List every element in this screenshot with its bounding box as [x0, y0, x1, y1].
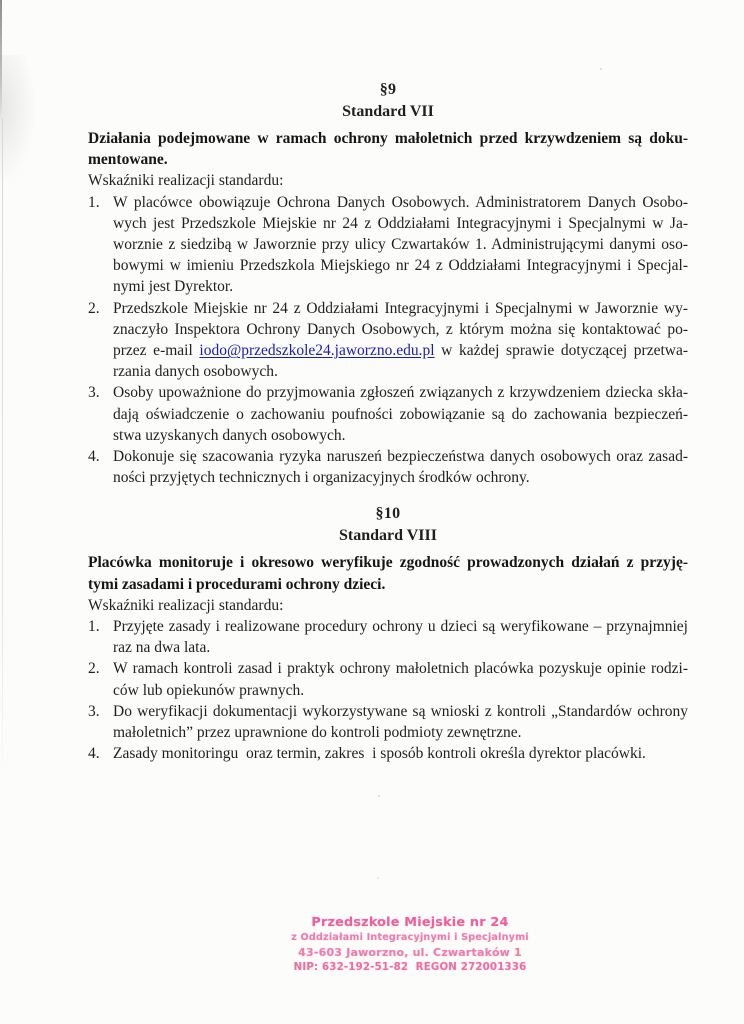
text-line: Dokonuje się szacowania ryzyka naruszeń … [113, 446, 688, 467]
text-line: rzania danych osobowych. [113, 361, 688, 382]
text-line: znaczyło Inspektora Ochrony Danych Osobo… [113, 319, 688, 340]
email-suffix-text: w każdej sprawie dotyczącej przetwa- [435, 342, 689, 359]
text-line: wych jest Przedszkole Miejskie nr 24 z O… [113, 213, 688, 234]
item-text: Do weryfikacji dokumentacji wykorzystywa… [113, 701, 688, 743]
text-line: Przyjęte zasady i realizowane procedury … [113, 616, 688, 637]
text-line: W placówce obowiązuje Ochrona Danych Oso… [113, 192, 688, 213]
item-text: Przyjęte zasady i realizowane procedury … [113, 616, 688, 658]
text-line: Placówka monitoruje i okresowo weryfikuj… [88, 552, 688, 573]
section-paragraph-mark: §9 [88, 79, 688, 100]
text-line: bowymi w imieniu Przedszkola Miejskiego … [113, 255, 688, 276]
text-line: Osoby upoważnione do przyjmowania zgłosz… [113, 382, 688, 403]
item-number: 1. [88, 616, 113, 658]
text-line: W ramach kontroli zasad i praktyk ochron… [113, 658, 688, 679]
stamp-nip-regon: NIP: 632-192-51-82 REGON 272001336 [268, 960, 552, 975]
list-item: 3. Do weryfikacji dokumentacji wykorzyst… [88, 701, 688, 743]
scan-speck [378, 795, 380, 797]
section-title: Standard VIII [88, 525, 688, 546]
section-title: Standard VII [88, 101, 688, 122]
item-number: 3. [88, 382, 113, 446]
item-number: 1. [88, 192, 113, 298]
text-line: Przedszkole Miejskie nr 24 z Oddziałami … [113, 298, 688, 319]
list-item: 1. W placówce obowiązuje Ochrona Danych … [88, 192, 688, 298]
text-line: raz na dwa lata. [113, 637, 688, 658]
text-line: małoletnich” przez uprawnione do kontrol… [113, 722, 688, 743]
document-content: §9 Standard VII Działania podejmowane w … [88, 79, 688, 764]
section-10: §10 Standard VIII Placówka monitoruje i … [88, 503, 688, 764]
text-line: Zasady monitoringu oraz termin, zakres i… [113, 743, 688, 764]
section-paragraph-mark: §10 [88, 503, 688, 524]
text-line: ców lub opiekunów prawnych. [113, 680, 688, 701]
item-number: 2. [88, 658, 113, 700]
list-item: 1. Przyjęte zasady i realizowane procedu… [88, 616, 688, 658]
list-item: 2. Przedszkole Miejskie nr 24 z Oddziała… [88, 298, 688, 383]
email-prefix-text: przez e-mail [113, 342, 199, 359]
item-number: 2. [88, 298, 113, 383]
scan-speck [377, 877, 379, 879]
list-item: 3. Osoby upoważnione do przyjmowania zgł… [88, 382, 688, 446]
item-text: W placówce obowiązuje Ochrona Danych Oso… [113, 192, 688, 298]
text-line: Działania podejmowane w ramach ochrony m… [88, 128, 688, 149]
item-number: 4. [88, 446, 113, 488]
scan-edge-line [2, 118, 3, 778]
stamp-address: 43-603 Jaworzno, ul. Czwartaków 1 [268, 945, 552, 960]
institution-stamp: Przedszkole Miejskie nr 24 z Oddziałami … [268, 915, 552, 975]
item-text: Przedszkole Miejskie nr 24 z Oddziałami … [113, 298, 688, 383]
item-number: 3. [88, 701, 113, 743]
text-line: mentowane. [88, 149, 688, 170]
text-line: dają oświadczenie o zachowaniu poufności… [113, 404, 688, 425]
item-text: W ramach kontroli zasad i praktyk ochron… [113, 658, 688, 700]
scanned-document-page: §9 Standard VII Działania podejmowane w … [0, 0, 744, 1024]
indicators-label: Wskaźniki realizacji standardu: [88, 595, 688, 616]
indicators-label: Wskaźniki realizacji standardu: [88, 170, 688, 191]
scan-corner-shadow [0, 55, 36, 185]
item-text: Osoby upoważnione do przyjmowania zgłosz… [113, 382, 688, 446]
text-line: ności przyjętych technicznych i organiza… [113, 467, 688, 488]
text-line: tymi zasadami i procedurami ochrony dzie… [88, 574, 688, 595]
section-lead-paragraph: Działania podejmowane w ramach ochrony m… [88, 128, 688, 170]
list-item: 4. Zasady monitoringu oraz termin, zakre… [88, 743, 688, 764]
list-item: 2. W ramach kontroli zasad i praktyk och… [88, 658, 688, 700]
stamp-institution-name: Przedszkole Miejskie nr 24 [268, 915, 552, 931]
text-line: stwa uzyskanych danych osobowych. [113, 425, 688, 446]
text-line-with-link: przez e-mail iodo@przedszkole24.jaworzno… [113, 340, 688, 361]
item-text: Dokonuje się szacowania ryzyka naruszeń … [113, 446, 688, 488]
section-9: §9 Standard VII Działania podejmowane w … [88, 79, 688, 488]
stamp-institution-subtitle: z Oddziałami Integracyjnymi i Specjalnym… [268, 931, 552, 945]
scan-speck [600, 68, 602, 70]
text-line: worznie z siedzibą w Jaworznie przy ulic… [113, 234, 688, 255]
list-item: 4. Dokonuje się szacowania ryzyka narusz… [88, 446, 688, 488]
item-number: 4. [88, 743, 113, 764]
text-line: nymi jest Dyrektor. [113, 276, 688, 297]
item-text: Zasady monitoringu oraz termin, zakres i… [113, 743, 688, 764]
section-lead-paragraph: Placówka monitoruje i okresowo weryfikuj… [88, 552, 688, 594]
email-link[interactable]: iodo@przedszkole24.jaworzno.edu.pl [199, 342, 434, 359]
text-line: Do weryfikacji dokumentacji wykorzystywa… [113, 701, 688, 722]
